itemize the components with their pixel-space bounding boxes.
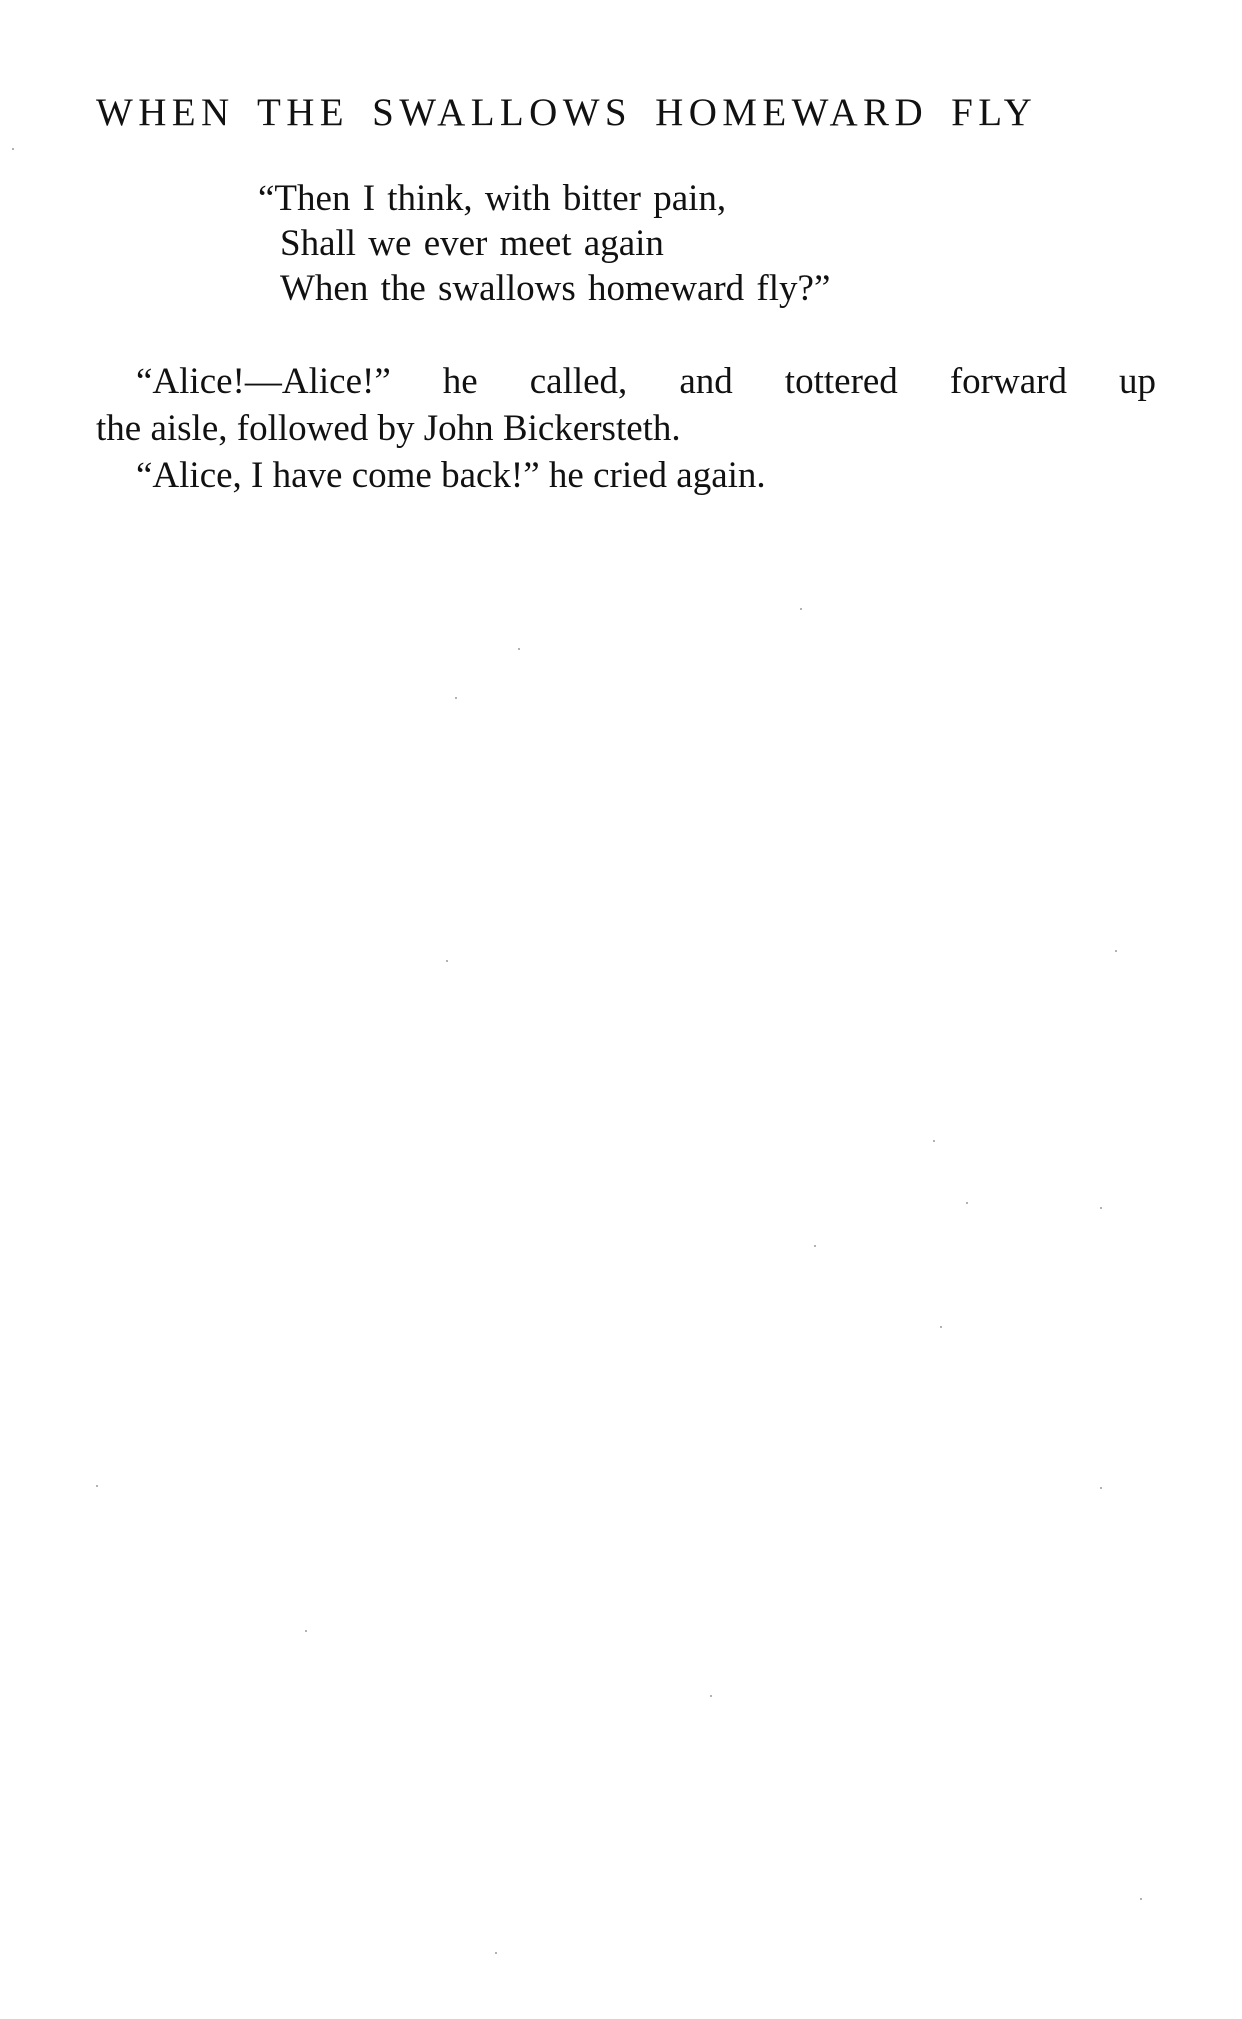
scan-speck [814,1245,816,1247]
verse-line: “Then I think, with bitter pain, [258,176,830,221]
scan-speck [446,960,448,962]
scan-speck [96,1485,98,1487]
paragraph-line: the aisle, followed by John Bickersteth. [96,405,1156,452]
scan-speck [305,1630,307,1632]
scan-speck [12,148,14,150]
scan-speck [1140,1898,1142,1900]
book-page: WHEN THE SWALLOWS HOMEWARD FLY “Then I t… [0,0,1242,2019]
paragraph: “Alice!—Alice!” he called, and tottered … [96,358,1156,452]
paragraph-line: “Alice!—Alice!” he called, and tottered … [136,361,1156,402]
scan-speck [455,697,457,699]
scan-speck [933,1140,935,1142]
verse-quote: “Then I think, with bitter pain, Shall w… [258,176,830,311]
body-text: “Alice!—Alice!” he called, and tottered … [96,358,1156,499]
paragraph: “Alice, I have come back!” he cried agai… [96,452,1156,499]
scan-speck [940,1326,942,1328]
scan-speck [1100,1487,1102,1489]
scan-speck [710,1695,712,1697]
scan-speck [1115,950,1117,952]
verse-line: Shall we ever meet again [258,221,830,266]
scan-speck [966,1202,968,1204]
scan-speck [495,1952,497,1954]
verse-line: When the swallows homeward fly?” [258,266,830,311]
scan-speck [800,608,802,610]
running-head: WHEN THE SWALLOWS HOMEWARD FLY [96,88,1156,138]
scan-speck [1100,1207,1102,1209]
scan-speck [518,648,520,650]
